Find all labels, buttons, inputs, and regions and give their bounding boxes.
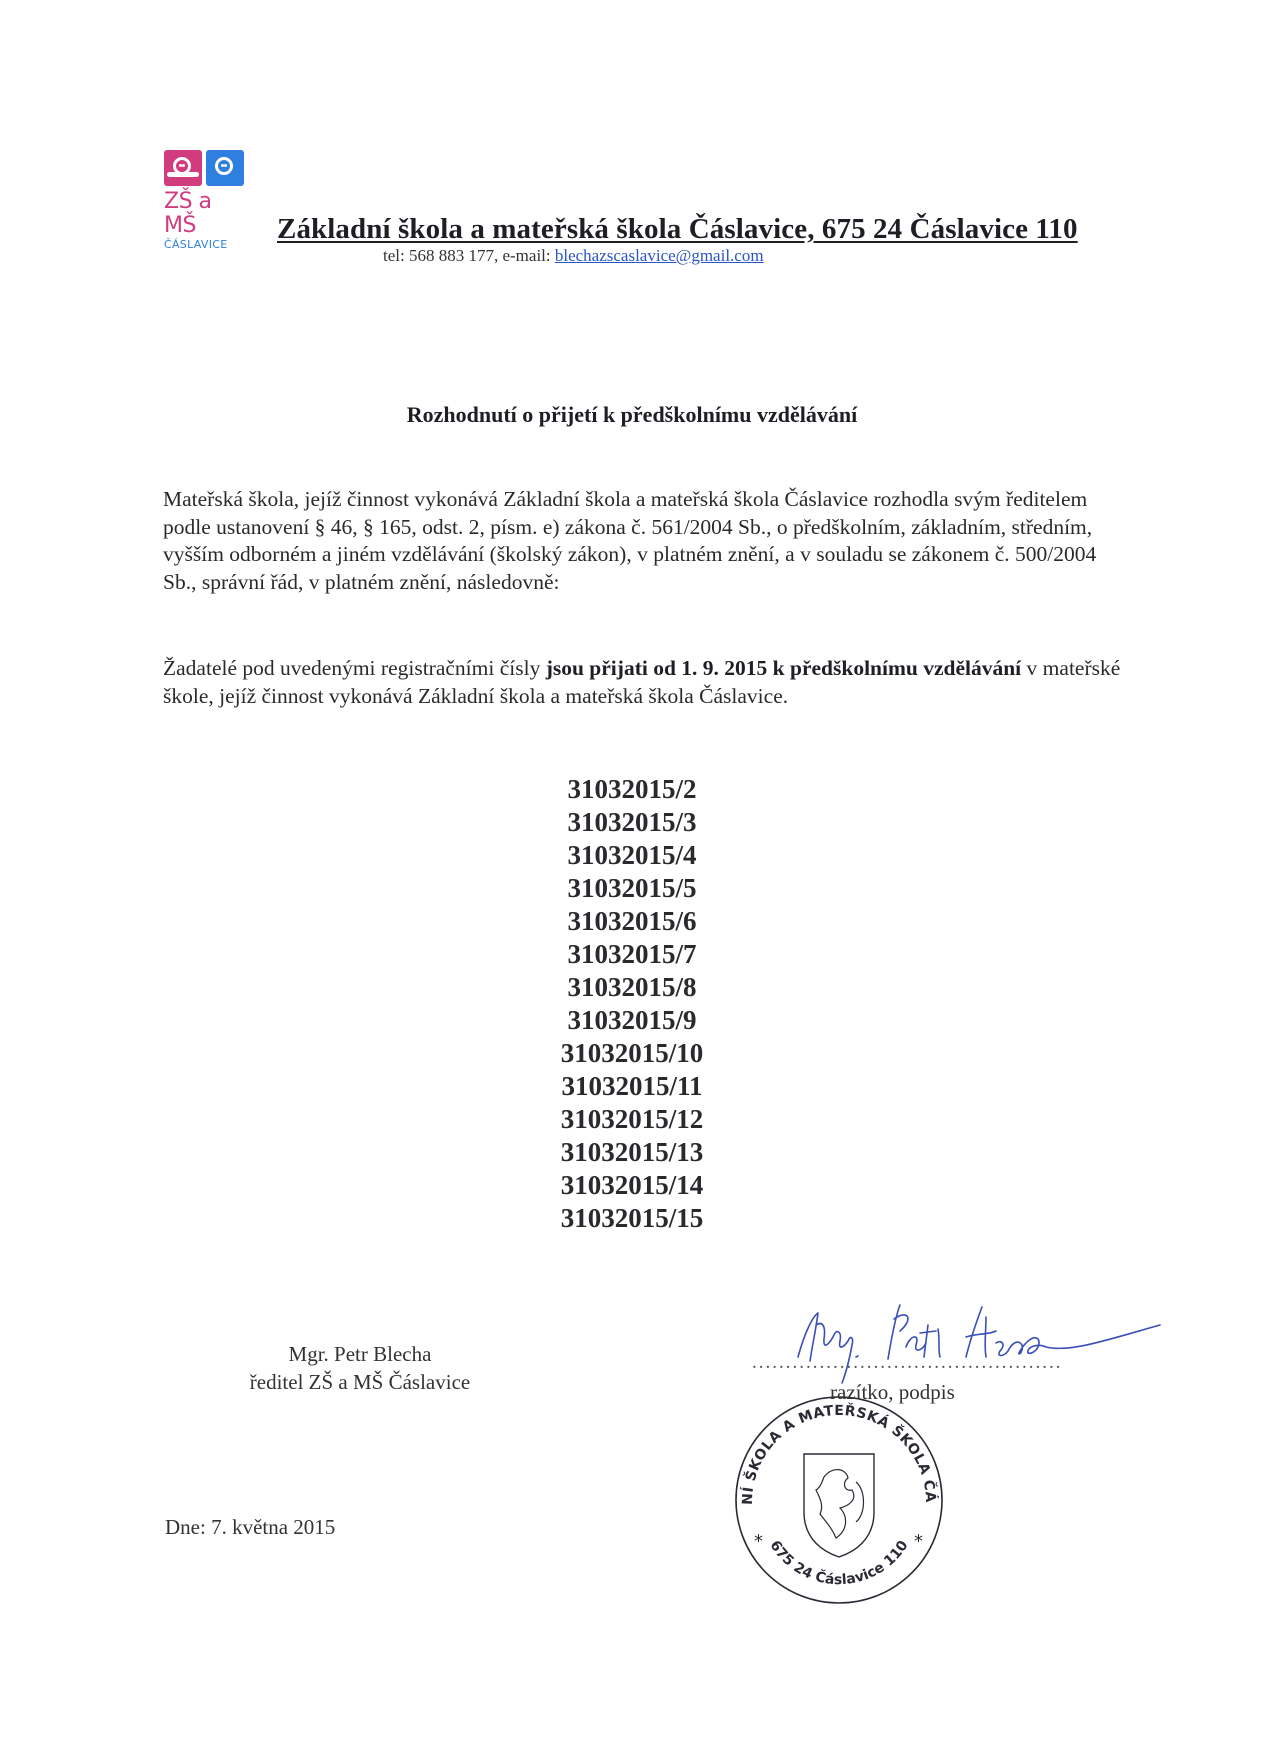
- school-logo: ZŠ a MŠ ČÁSLAVICE: [164, 150, 248, 251]
- email-link[interactable]: blechazscaslavice@gmail.com: [555, 246, 764, 265]
- svg-text:*: *: [914, 1531, 923, 1552]
- registration-number: 31032015/8: [0, 971, 1264, 1004]
- signer-block: Mgr. Petr Blecha ředitel ZŠ a MŠ Čáslavi…: [170, 1340, 550, 1396]
- registration-number: 31032015/12: [0, 1103, 1264, 1136]
- registration-number-list: 31032015/231032015/331032015/431032015/5…: [0, 773, 1264, 1235]
- registration-number: 31032015/9: [0, 1004, 1264, 1037]
- svg-text:675 24 Čáslavice 110: 675 24 Čáslavice 110: [766, 1538, 911, 1589]
- boy-face-icon: [206, 150, 244, 186]
- registration-number: 31032015/10: [0, 1037, 1264, 1070]
- handwritten-signature: [790, 1295, 1180, 1390]
- admission-text-bold: jsou přijati od 1. 9. 2015 k předškolním…: [546, 656, 1021, 680]
- decision-paragraph: Mateřská škola, jejíž činnost vykonává Z…: [163, 486, 1123, 596]
- girl-face-icon: [164, 150, 202, 186]
- stamp-signature-label: razítko, podpis: [830, 1380, 955, 1405]
- admission-paragraph: Žadatelé pod uvedenými registračními čís…: [163, 655, 1123, 710]
- registration-number: 31032015/11: [0, 1070, 1264, 1103]
- official-stamp: ZÁKLADNÍ ŠKOLA A MATEŘSKÁ ŠKOLA ČÁSLAVIC…: [724, 1382, 954, 1617]
- logo-subtext: ČÁSLAVICE: [164, 238, 248, 251]
- registration-number: 31032015/4: [0, 839, 1264, 872]
- logo-text: ZŠ a MŠ: [164, 190, 248, 238]
- registration-number: 31032015/14: [0, 1169, 1264, 1202]
- registration-number: 31032015/5: [0, 872, 1264, 905]
- registration-number: 31032015/2: [0, 773, 1264, 806]
- signer-name: Mgr. Petr Blecha: [170, 1340, 550, 1368]
- contact-line: tel: 568 883 177, e-mail: blechazscaslav…: [383, 246, 764, 266]
- svg-text:*: *: [754, 1531, 763, 1552]
- registration-number: 31032015/6: [0, 905, 1264, 938]
- registration-number: 31032015/15: [0, 1202, 1264, 1235]
- school-name-heading: Základní škola a mateřská škola Čáslavic…: [277, 213, 1078, 246]
- signature-line: ........................................…: [752, 1352, 1063, 1374]
- contact-phone: tel: 568 883 177, e-mail:: [383, 246, 555, 265]
- document-date: Dne: 7. května 2015: [165, 1515, 335, 1540]
- signer-role: ředitel ZŠ a MŠ Čáslavice: [170, 1368, 550, 1396]
- registration-number: 31032015/7: [0, 938, 1264, 971]
- registration-number: 31032015/13: [0, 1136, 1264, 1169]
- admission-text-start: Žadatelé pod uvedenými registračními čís…: [163, 656, 546, 680]
- registration-number: 31032015/3: [0, 806, 1264, 839]
- document-title: Rozhodnutí o přijetí k předškolnímu vzdě…: [0, 402, 1264, 428]
